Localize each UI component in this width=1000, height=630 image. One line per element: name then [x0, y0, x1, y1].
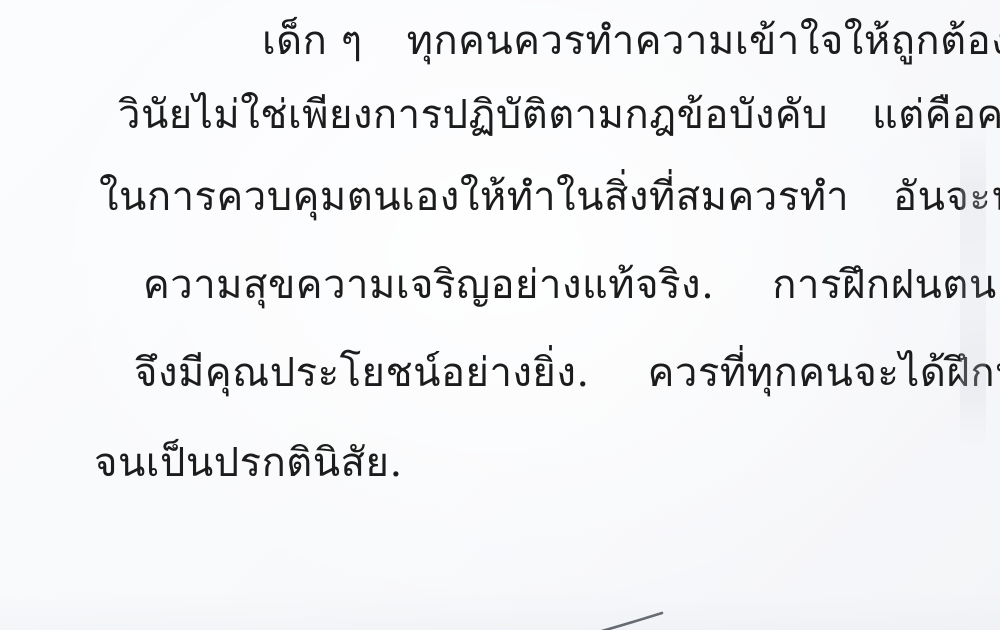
text-line-6: จนเป็นปรกตินิสัย.: [94, 436, 403, 490]
text-phrase: ทุกคนควรทำความเข้าใจให้ถูกต้องว่า: [407, 14, 1000, 68]
text-phrase: จนเป็นปรกตินิสัย.: [94, 436, 403, 490]
text-phrase: ควรที่ทุกคนจะได้ฝึกหัดปฏิบัติ: [648, 346, 1000, 400]
pen-stroke-mark: [596, 606, 676, 630]
text-line-1: เด็ก ๆ ทุกคนควรทำความเข้าใจให้ถูกต้องว่า: [262, 14, 1000, 68]
pen-stroke-path: [602, 613, 662, 630]
text-phrase: อันจะนำมาซึ่ง: [893, 170, 1000, 224]
text-phrase: ในการควบคุมตนเองให้ทำในสิ่งที่สมควรทำ: [99, 170, 849, 224]
text-phrase: การฝึกฝนตนเองให้เป็นผู้มีวินัย: [772, 258, 1000, 312]
text-phrase: วินัยไม่ใช่เพียงการปฏิบัติตามกฎข้อบังคับ: [118, 88, 828, 142]
text-line-5: จึงมีคุณประโยชน์อย่างยิ่ง. ควรที่ทุกคนจะ…: [134, 346, 1000, 400]
text-phrase: แต่คือความสามารถ: [872, 88, 1000, 142]
scanned-page: เด็ก ๆ ทุกคนควรทำความเข้าใจให้ถูกต้องว่า…: [0, 0, 1000, 630]
scan-shading-artifact: [0, 590, 1000, 630]
text-phrase: จึงมีคุณประโยชน์อย่างยิ่ง.: [134, 346, 590, 400]
text-phrase: ความสุขความเจริญอย่างแท้จริง.: [143, 258, 714, 312]
text-line-2: วินัยไม่ใช่เพียงการปฏิบัติตามกฎข้อบังคับ…: [118, 88, 1000, 142]
text-phrase: เด็ก ๆ: [262, 14, 363, 68]
text-line-3: ในการควบคุมตนเองให้ทำในสิ่งที่สมควรทำ อั…: [99, 170, 1000, 224]
text-line-4: ความสุขความเจริญอย่างแท้จริง. การฝึกฝนตน…: [143, 258, 1000, 312]
